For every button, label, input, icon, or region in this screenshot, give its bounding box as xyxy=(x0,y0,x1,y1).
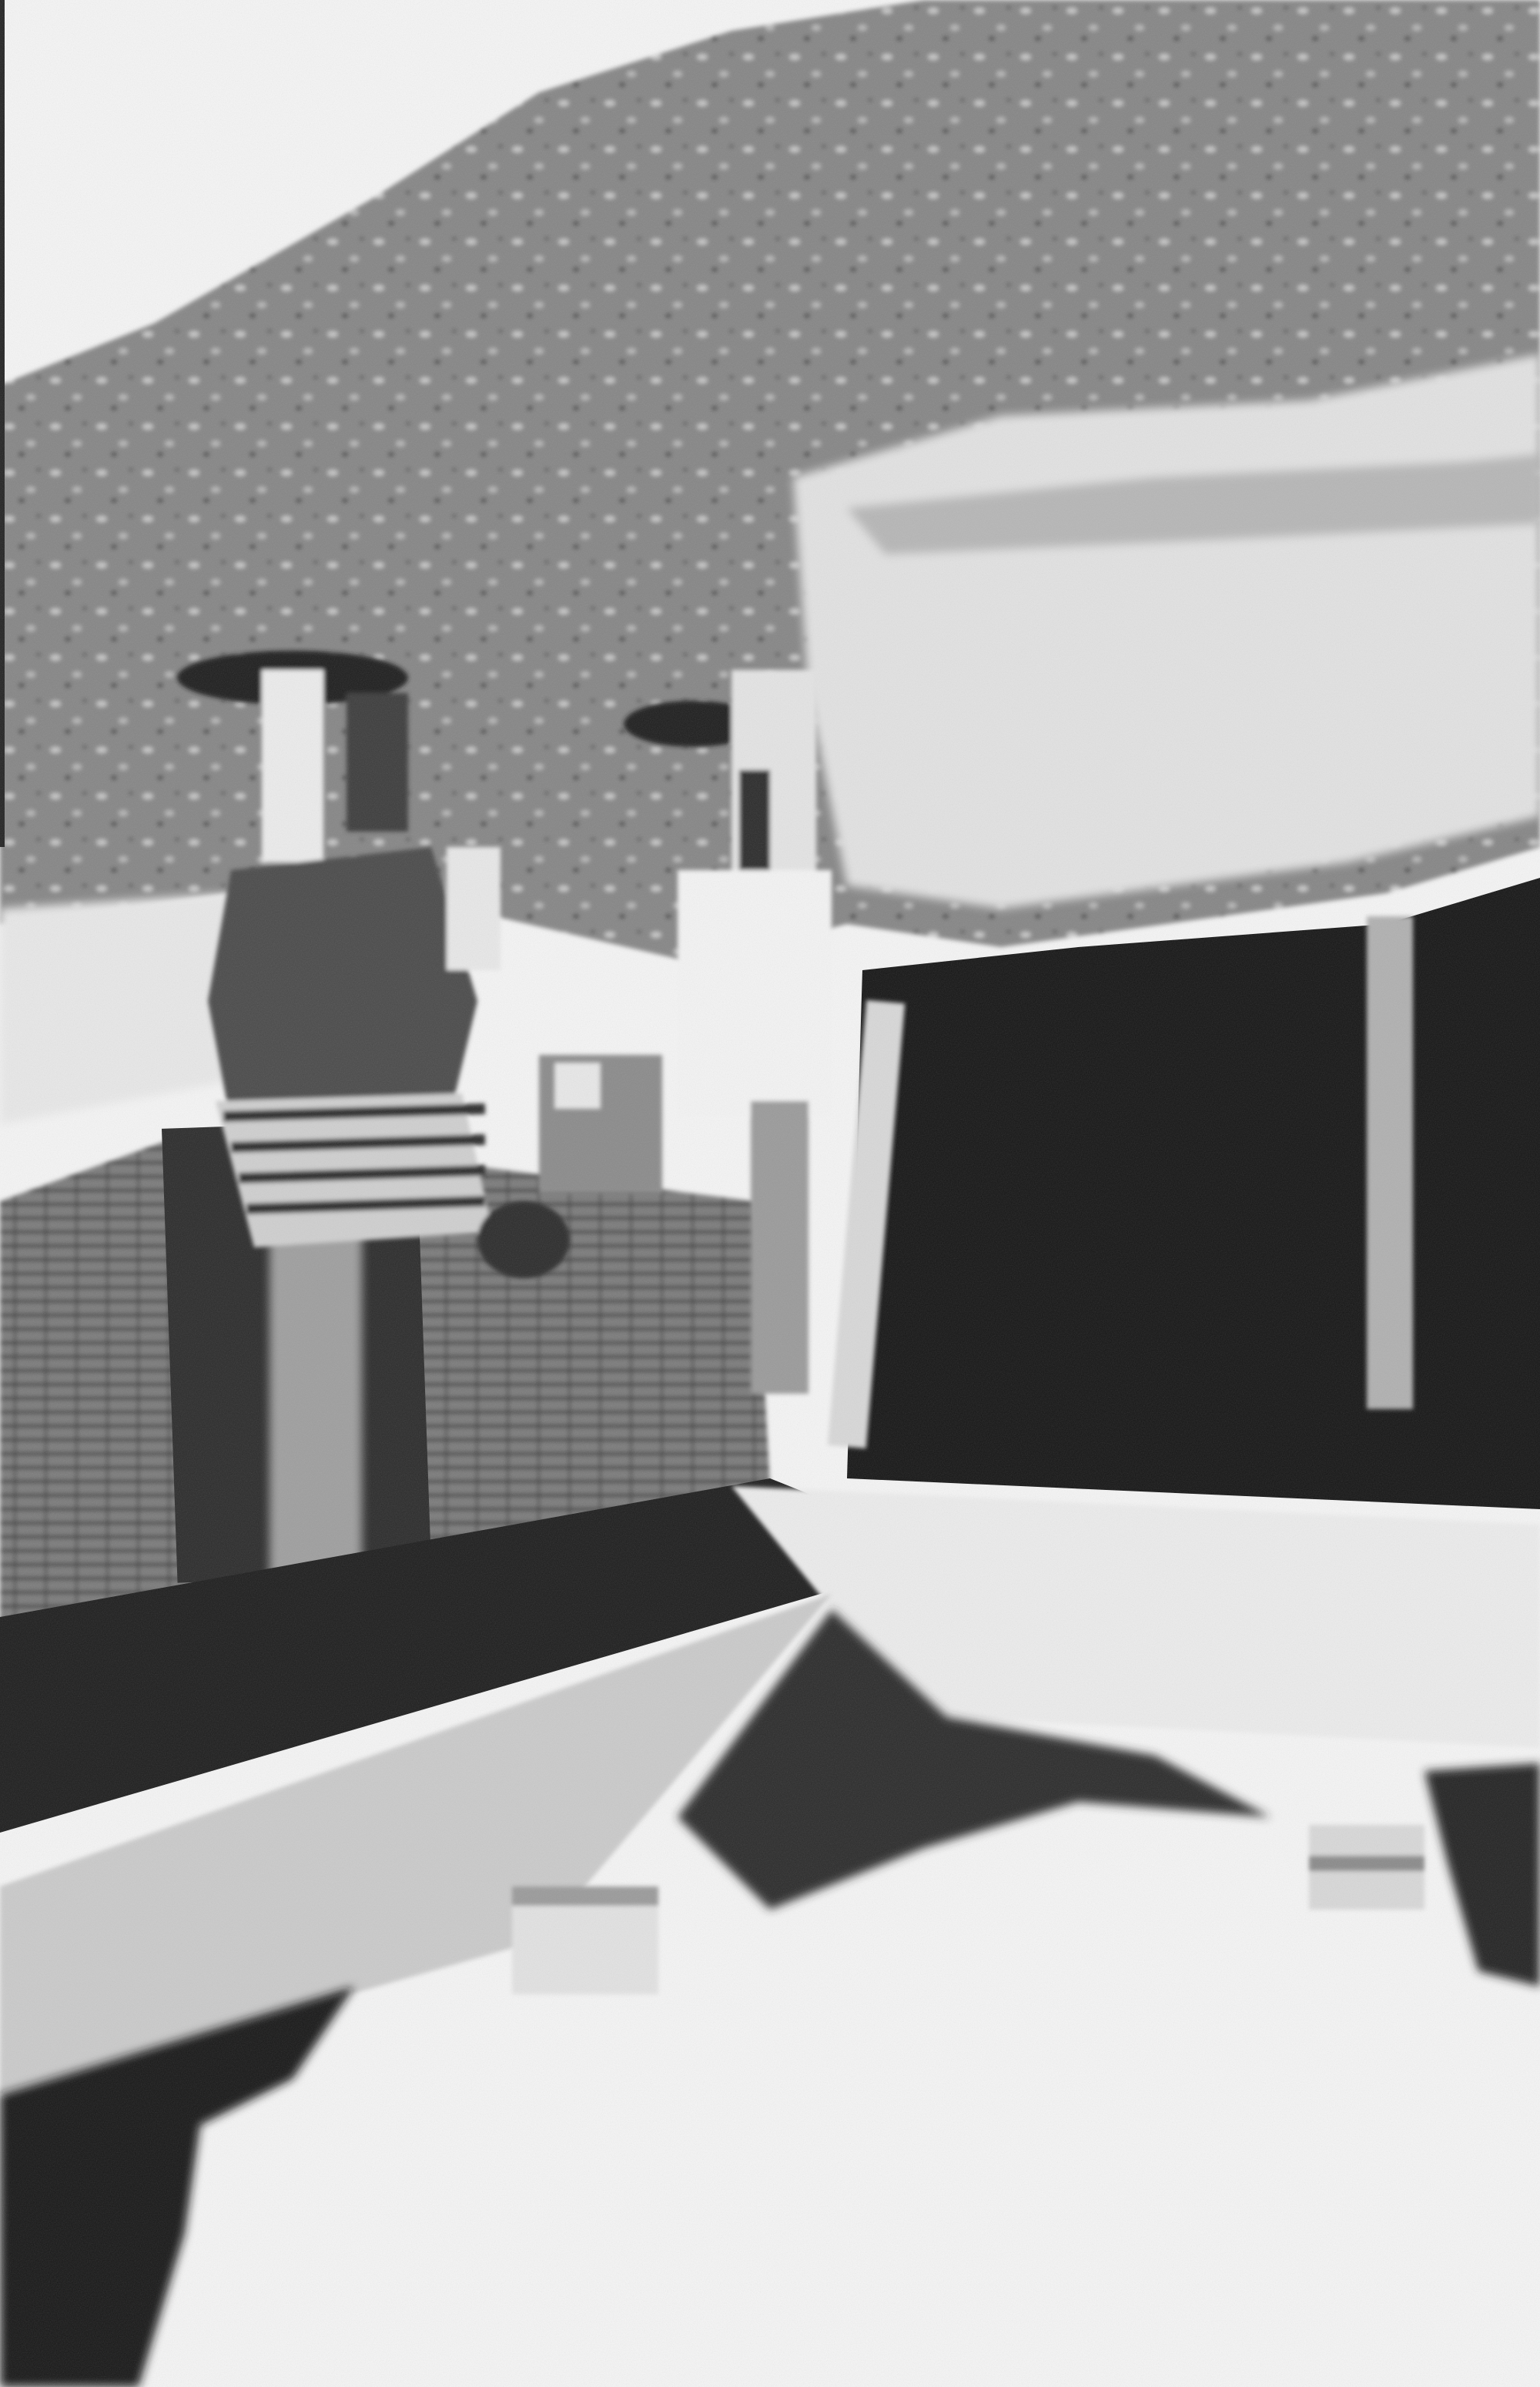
photograph: Vintage black-and-white photograph, disp… xyxy=(0,0,1540,2387)
